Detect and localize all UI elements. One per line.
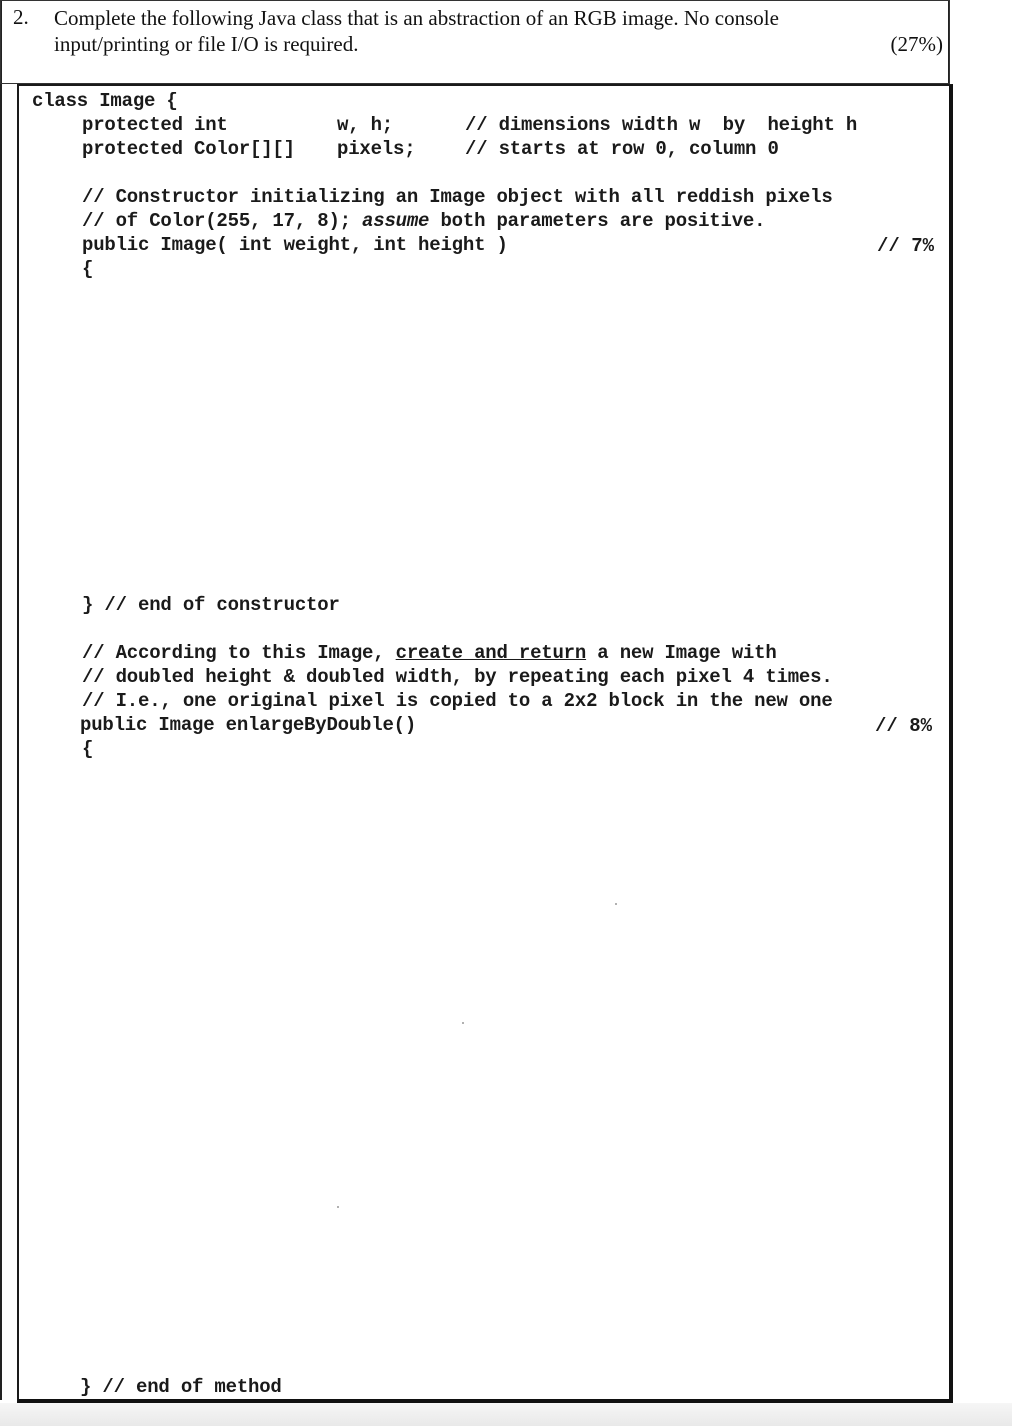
- scan-speck: [615, 903, 617, 905]
- constructor-comment-line2: // of Color(255, 17, 8); assume both par…: [82, 209, 765, 233]
- page-background: [0, 1403, 1012, 1426]
- field2-comment: // starts at row 0, column 0: [465, 137, 779, 161]
- method-comment-text-end: a new Image with: [586, 642, 776, 664]
- code-box: class Image { protected int w, h; // dim…: [17, 84, 953, 1403]
- constructor-signature: public Image( int weight, int height ): [82, 233, 508, 257]
- question-weight: (27%): [891, 32, 943, 57]
- class-header: class Image {: [32, 89, 178, 113]
- create-and-return-emphasis: create and return: [396, 642, 586, 664]
- method-signature: public Image enlargeByDouble(): [80, 713, 416, 737]
- scan-speck: [337, 1206, 339, 1208]
- constructor-answer-space[interactable]: [82, 282, 942, 582]
- field1-comment: // dimensions width w by height h: [465, 113, 857, 137]
- constructor-close: } // end of constructor: [82, 593, 340, 617]
- method-comment-line2: // doubled height & doubled width, by re…: [82, 665, 833, 689]
- scan-speck: [462, 1022, 464, 1024]
- question-text: Complete the following Java class that i…: [54, 5, 874, 57]
- field1-declaration: protected int: [82, 113, 228, 137]
- method-comment-line1: // According to this Image, create and r…: [82, 641, 777, 665]
- method-weight: // 8%: [875, 715, 932, 737]
- constructor-comment-line1: // Constructor initializing an Image obj…: [82, 185, 833, 209]
- constructor-weight: // 7%: [877, 235, 934, 257]
- assume-emphasis: assume: [362, 210, 429, 232]
- constructor-open-brace: {: [82, 257, 93, 281]
- method-comment-text: // According to this Image,: [82, 642, 396, 664]
- field2-declaration: protected Color[][]: [82, 137, 295, 161]
- method-open-brace: {: [82, 737, 93, 761]
- method-close: } // end of method: [80, 1375, 282, 1399]
- method-answer-space[interactable]: [82, 762, 942, 1362]
- constructor-comment-text-end: both parameters are positive.: [429, 210, 765, 232]
- constructor-comment-text: // of Color(255, 17, 8);: [82, 210, 362, 232]
- method-comment-line3: // I.e., one original pixel is copied to…: [82, 689, 833, 713]
- field1-names: w, h;: [337, 113, 393, 137]
- field2-names: pixels;: [337, 137, 415, 161]
- question-number: 2.: [13, 5, 29, 30]
- question-header: 2. Complete the following Java class tha…: [0, 0, 950, 84]
